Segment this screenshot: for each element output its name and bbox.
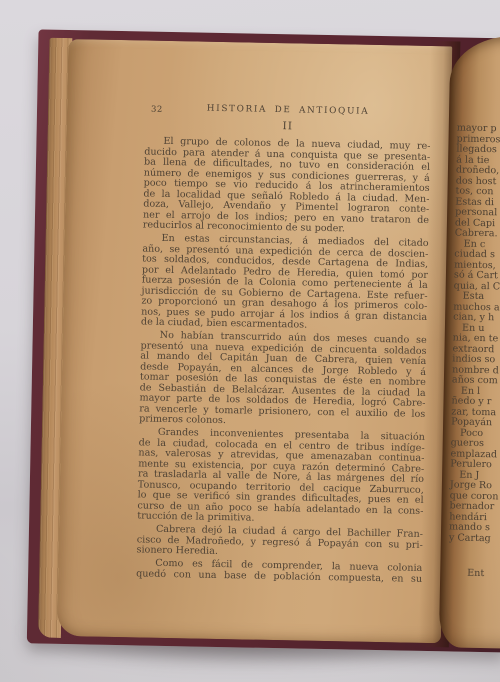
paragraph-6: Como es fácil de comprender, la nueva co… [136,558,422,584]
running-head: HISTORIA DE ANTIOQUIA [145,102,431,118]
photo-stage: 32 HISTORIA DE ANTIOQUIA II El grupo de … [0,0,500,682]
left-page-text-block: 32 HISTORIA DE ANTIOQUIA II El grupo de … [136,102,431,587]
chapter-heading: II [145,118,431,135]
body-text: El grupo de colonos de la nueva ciudad, … [136,136,430,584]
right-page-lower-fragment: Ent [467,568,484,579]
paragraph-1: El grupo de colonos de la nueva ciudad, … [143,136,431,236]
right-page-cutoff-text: mayor p primeros llegados á la tie droñe… [449,123,500,545]
left-page: 32 HISTORIA DE ANTIOQUIA II El grupo de … [57,39,452,643]
right-page-sliver: mayor p primeros llegados á la tie droñe… [439,35,500,649]
page-number: 32 [151,104,163,115]
paragraph-2: En estas circunstancias, á mediados del … [141,233,429,333]
paragraph-5: Cabrera dejó la ciudad á cargo del Bachi… [136,524,423,561]
paragraph-4: Grandes inconvenientes presentaba la sit… [137,427,425,527]
page-header: 32 HISTORIA DE ANTIOQUIA [145,102,431,119]
open-book: 32 HISTORIA DE ANTIOQUIA II El grupo de … [27,29,500,652]
paragraph-3: No habían transcurrido aún dos meses cua… [139,330,427,430]
